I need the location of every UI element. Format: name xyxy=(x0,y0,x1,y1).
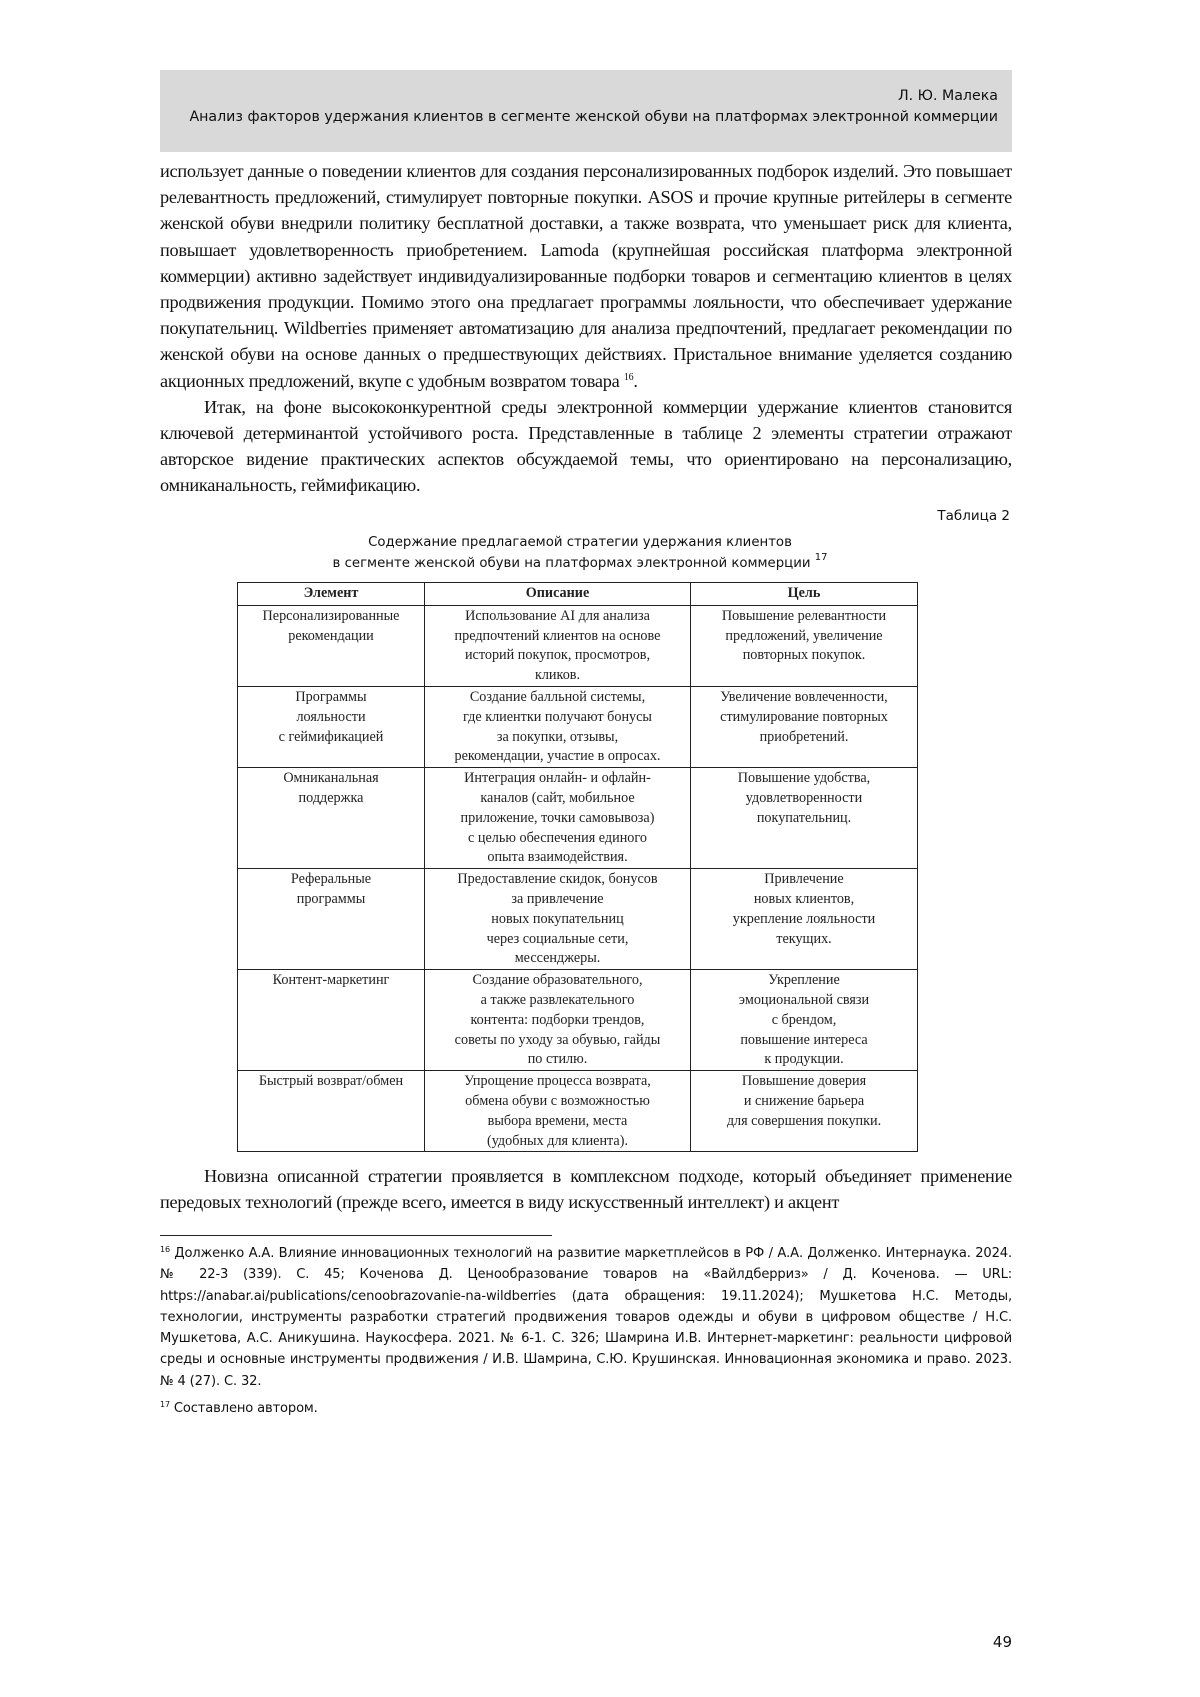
cell-line: и снижение барьера xyxy=(695,1092,913,1112)
table-title: Содержание предлагаемой стратегии удержа… xyxy=(240,532,920,574)
footnote-text: Составлено автором. xyxy=(174,1401,318,1416)
column-header-description: Описание xyxy=(425,583,691,606)
cell-line: мессенджеры. xyxy=(429,949,686,969)
cell-line: удовлетворенности xyxy=(695,789,913,809)
footnotes: 16 Долженко А.А. Влияние инновационных т… xyxy=(160,1243,1012,1425)
footnote-divider xyxy=(160,1235,552,1236)
table-row: Быстрый возврат/обменУпрощение процесса … xyxy=(238,1071,918,1152)
cell-description: Упрощение процесса возврата,обмена обуви… xyxy=(425,1071,691,1152)
cell-description: Создание балльной системы,где клиентки п… xyxy=(425,686,691,767)
body-text-lower: Новизна описанной стратегии проявляется … xyxy=(160,1163,1012,1215)
table-header-row: Элемент Описание Цель xyxy=(238,583,918,606)
cell-line: Упрощение процесса возврата, xyxy=(429,1072,686,1092)
column-header-element: Элемент xyxy=(238,583,425,606)
cell-line: с брендом, xyxy=(695,1011,913,1031)
cell-element: Омниканальнаяподдержка xyxy=(238,768,425,869)
cell-line: Быстрый возврат/обмен xyxy=(242,1072,420,1092)
cell-line: покупательниц. xyxy=(695,809,913,829)
cell-goal: Укреплениеэмоциональной связис брендом,п… xyxy=(691,970,918,1071)
cell-line: Создание образовательного, xyxy=(429,971,686,991)
column-header-goal: Цель xyxy=(691,583,918,606)
paragraph-2: Итак, на фоне высококонкурентной среды э… xyxy=(160,394,1012,499)
cell-element: Программылояльностис геймификацией xyxy=(238,686,425,767)
cell-line: повышение интереса xyxy=(695,1031,913,1051)
cell-line: Увеличение вовлеченности, xyxy=(695,688,913,708)
cell-line: Повышение доверия xyxy=(695,1072,913,1092)
cell-line: Программы xyxy=(242,688,420,708)
table-label: Таблица 2 xyxy=(937,508,1010,524)
cell-line: где клиентки получают бонусы xyxy=(429,708,686,728)
table-row: Контент-маркетингСоздание образовательно… xyxy=(238,970,918,1071)
table-title-line-1: Содержание предлагаемой стратегии удержа… xyxy=(240,532,920,553)
cell-element: Персонализированныерекомендации xyxy=(238,605,425,686)
cell-line: за покупки, отзывы, xyxy=(429,728,686,748)
cell-line: Повышение удобства, xyxy=(695,769,913,789)
footnote-17: 17 Составлено автором. xyxy=(160,1398,1012,1419)
cell-line: к продукции. xyxy=(695,1050,913,1070)
cell-line: через социальные сети, xyxy=(429,930,686,950)
paragraph-1-text: использует данные о поведении клиентов д… xyxy=(160,161,1012,391)
cell-line: стимулирование повторных xyxy=(695,708,913,728)
cell-goal: Повышение удобства,удовлетворенностипоку… xyxy=(691,768,918,869)
header-article-title: Анализ факторов удержания клиентов в сег… xyxy=(160,107,998,128)
cell-line: для совершения покупки. xyxy=(695,1112,913,1132)
footnote-ref-16[interactable]: 16 xyxy=(624,372,634,383)
cell-line: выбора времени, места xyxy=(429,1112,686,1132)
table-row: РеферальныепрограммыПредоставление скидо… xyxy=(238,869,918,970)
footnote-16: 16 Долженко А.А. Влияние инновационных т… xyxy=(160,1243,1012,1392)
cell-line: Предоставление скидок, бонусов xyxy=(429,870,686,890)
cell-element: Контент-маркетинг xyxy=(238,970,425,1071)
cell-line: программы xyxy=(242,890,420,910)
cell-line: опыта взаимодействия. xyxy=(429,848,686,868)
cell-line: Реферальные xyxy=(242,870,420,890)
cell-line: по стилю. xyxy=(429,1050,686,1070)
cell-goal: Повышение доверияи снижение барьерадля с… xyxy=(691,1071,918,1152)
cell-element: Быстрый возврат/обмен xyxy=(238,1071,425,1152)
cell-line: Повышение релевантности xyxy=(695,607,913,627)
cell-line: Создание балльной системы, xyxy=(429,688,686,708)
paragraph-1-end: . xyxy=(633,371,637,391)
cell-line: лояльности xyxy=(242,708,420,728)
footnote-text: Долженко А.А. Влияние инновационных техн… xyxy=(160,1246,1012,1389)
cell-goal: Повышение релевантностипредложений, увел… xyxy=(691,605,918,686)
page-number: 49 xyxy=(993,1633,1012,1651)
table-row: ПерсонализированныерекомендацииИспользов… xyxy=(238,605,918,686)
cell-line: Привлечение xyxy=(695,870,913,890)
cell-element: Реферальныепрограммы xyxy=(238,869,425,970)
cell-line: укрепление лояльности xyxy=(695,910,913,930)
table-row: ОмниканальнаяподдержкаИнтеграция онлайн-… xyxy=(238,768,918,869)
cell-line: текущих. xyxy=(695,930,913,950)
cell-line: Контент-маркетинг xyxy=(242,971,420,991)
cell-description: Интеграция онлайн- и офлайн-каналов (сай… xyxy=(425,768,691,869)
cell-line: с геймификацией xyxy=(242,728,420,748)
body-text-upper: использует данные о поведении клиентов д… xyxy=(160,158,1012,499)
footnote-number: 16 xyxy=(160,1245,170,1254)
cell-line: советы по уходу за обувью, гайды xyxy=(429,1031,686,1051)
cell-line: предпочтений клиентов на основе xyxy=(429,627,686,647)
cell-line: приложение, точки самовывоза) xyxy=(429,809,686,829)
cell-line: новых клиентов, xyxy=(695,890,913,910)
cell-line: а также развлекательного xyxy=(429,991,686,1011)
cell-line: за привлечение xyxy=(429,890,686,910)
cell-line: поддержка xyxy=(242,789,420,809)
cell-line: Укрепление xyxy=(695,971,913,991)
cell-line: Омниканальная xyxy=(242,769,420,789)
cell-line: рекомендации xyxy=(242,627,420,647)
cell-line: Использование AI для анализа xyxy=(429,607,686,627)
table-title-line-2: в сегменте женской обуви на платформах э… xyxy=(240,553,920,574)
table-title-line-2-text: в сегменте женской обуви на платформах э… xyxy=(333,556,811,571)
running-header: Л. Ю. Малека Анализ факторов удержания к… xyxy=(160,70,1012,152)
cell-line: Интеграция онлайн- и офлайн- xyxy=(429,769,686,789)
table-row: Программылояльностис геймификациейСоздан… xyxy=(238,686,918,767)
cell-description: Предоставление скидок, бонусовза привлеч… xyxy=(425,869,691,970)
cell-line: историй покупок, просмотров, xyxy=(429,646,686,666)
footnote-ref-17[interactable]: 17 xyxy=(815,552,828,563)
paragraph-3: Новизна описанной стратегии проявляется … xyxy=(160,1163,1012,1215)
cell-line: рекомендации, участие в опросах. xyxy=(429,747,686,767)
strategy-table: Элемент Описание Цель Персонализированны… xyxy=(237,582,918,1152)
cell-line: эмоциональной связи xyxy=(695,991,913,1011)
cell-description: Использование AI для анализапредпочтений… xyxy=(425,605,691,686)
cell-line: с целью обеспечения единого xyxy=(429,829,686,849)
cell-line: предложений, увеличение xyxy=(695,627,913,647)
cell-line: приобретений. xyxy=(695,728,913,748)
header-author: Л. Ю. Малека xyxy=(160,86,998,107)
cell-line: (удобных для клиента). xyxy=(429,1132,686,1152)
cell-line: новых покупательниц xyxy=(429,910,686,930)
cell-line: Персонализированные xyxy=(242,607,420,627)
cell-description: Создание образовательного,а также развле… xyxy=(425,970,691,1071)
cell-goal: Увеличение вовлеченности,стимулирование … xyxy=(691,686,918,767)
footnote-number: 17 xyxy=(160,1400,170,1409)
cell-goal: Привлечениеновых клиентов,укрепление лоя… xyxy=(691,869,918,970)
cell-line: каналов (сайт, мобильное xyxy=(429,789,686,809)
paragraph-1: использует данные о поведении клиентов д… xyxy=(160,158,1012,394)
cell-line: кликов. xyxy=(429,666,686,686)
cell-line: контента: подборки трендов, xyxy=(429,1011,686,1031)
cell-line: повторных покупок. xyxy=(695,646,913,666)
cell-line: обмена обуви с возможностью xyxy=(429,1092,686,1112)
table-body: ПерсонализированныерекомендацииИспользов… xyxy=(238,605,918,1152)
